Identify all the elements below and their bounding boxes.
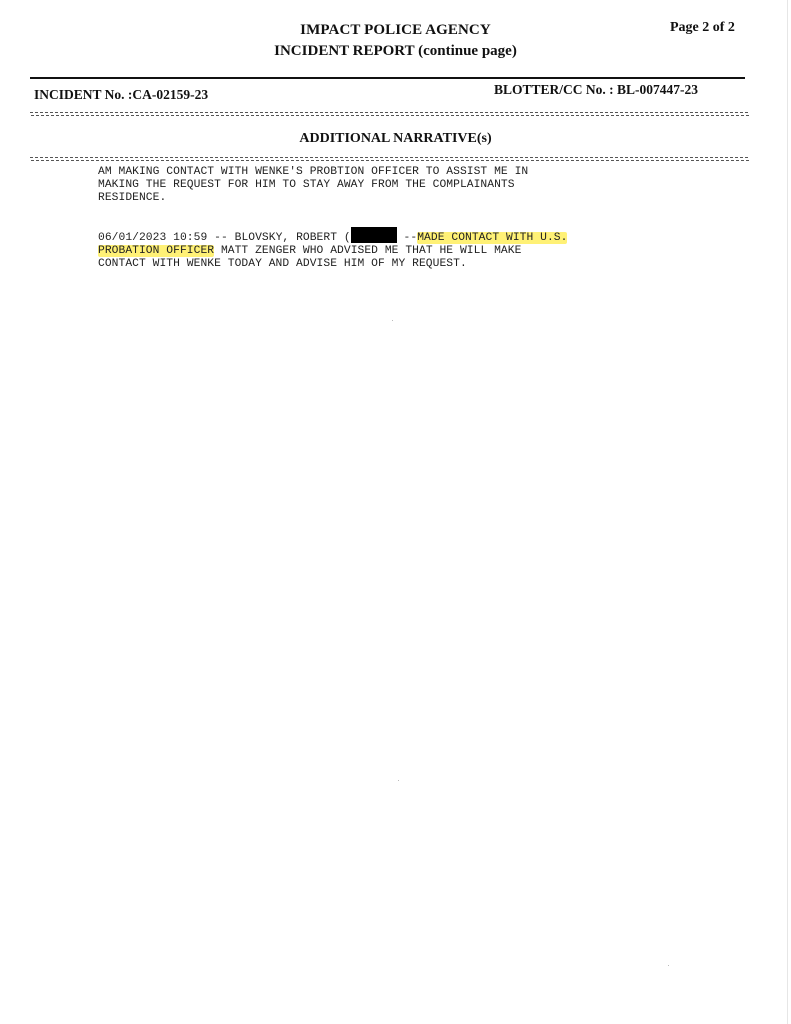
highlighted-text: PROBATION OFFICER bbox=[98, 245, 214, 257]
dashed-divider bbox=[30, 157, 750, 162]
blotter-label: BLOTTER/CC No. : bbox=[494, 82, 614, 97]
entry-text: CONTACT WITH WENKE TODAY AND ADVISE HIM … bbox=[98, 258, 467, 270]
scan-speck bbox=[392, 320, 393, 321]
highlighted-text: MADE CONTACT WITH U.S. bbox=[417, 232, 567, 244]
narrative-line: RESIDENCE. bbox=[98, 192, 166, 204]
entry-text: MATT ZENGER WHO ADVISED ME THAT HE WILL … bbox=[214, 245, 521, 257]
scan-edge bbox=[787, 0, 788, 1024]
page-indicator: Page 2 of 2 bbox=[670, 20, 735, 36]
section-title: ADDITIONAL NARRATIVE(s) bbox=[0, 131, 791, 147]
entry-separator: -- bbox=[207, 232, 234, 244]
narrative-line: MAKING THE REQUEST FOR HIM TO STAY AWAY … bbox=[98, 179, 515, 191]
report-title: INCIDENT REPORT (continue page) bbox=[0, 43, 791, 60]
scan-speck bbox=[398, 780, 399, 781]
redaction-box bbox=[351, 227, 397, 243]
header-rule bbox=[30, 77, 745, 79]
dashed-divider bbox=[30, 112, 750, 117]
entry-dash: -- bbox=[397, 232, 418, 244]
narrative-paragraph: AM MAKING CONTACT WITH WENKE'S PROBTION … bbox=[98, 166, 528, 205]
incident-value: CA-02159-23 bbox=[132, 87, 208, 102]
blotter-number: BLOTTER/CC No. : BL-007447-23 bbox=[494, 82, 698, 98]
entry-timestamp: 06/01/2023 10:59 bbox=[98, 232, 207, 244]
entry-officer: BLOVSKY, ROBERT ( bbox=[235, 232, 351, 244]
narrative-entry: 06/01/2023 10:59 -- BLOVSKY, ROBERT ( --… bbox=[98, 227, 567, 271]
incident-number: INCIDENT No. :CA-02159-23 bbox=[34, 87, 208, 103]
blotter-value: BL-007447-23 bbox=[617, 82, 698, 97]
narrative-line: AM MAKING CONTACT WITH WENKE'S PROBTION … bbox=[98, 166, 528, 178]
incident-label: INCIDENT No. : bbox=[34, 87, 132, 102]
scan-speck bbox=[668, 965, 669, 966]
